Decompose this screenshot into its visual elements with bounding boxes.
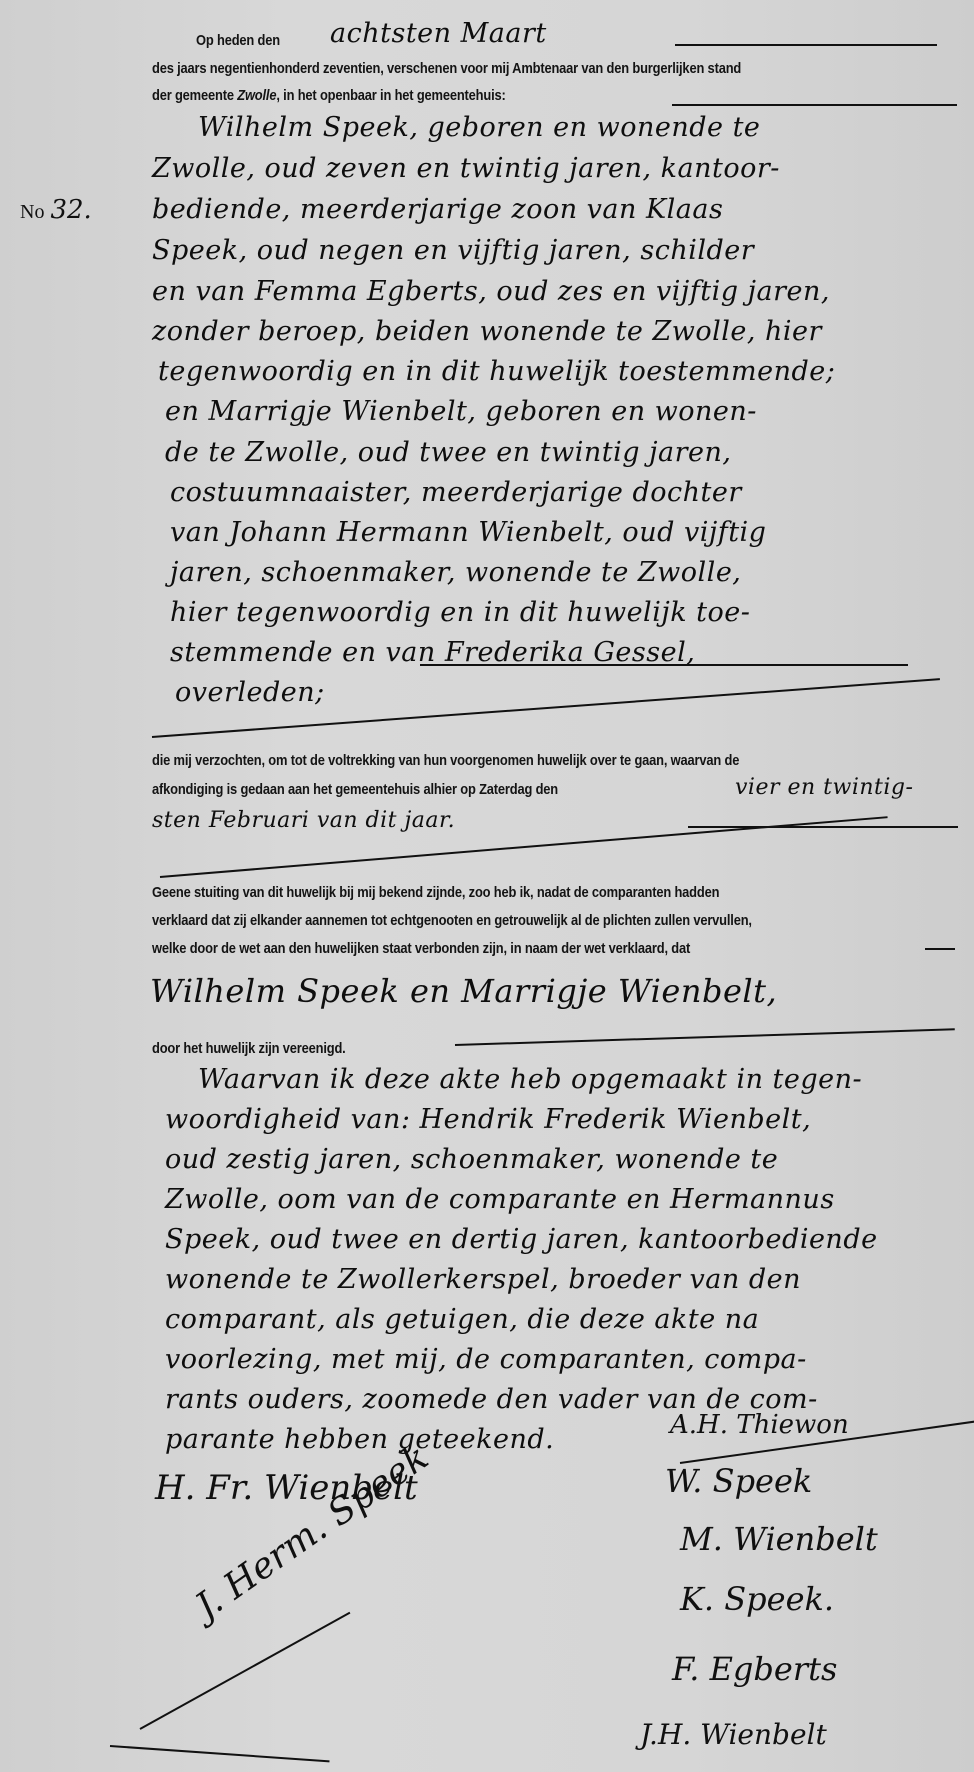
place-name: Zwolle (237, 87, 276, 104)
declaration-line-3: welke door de wet aan den huwelijken sta… (152, 940, 690, 957)
bride-line: van Johann Hermann Wienbelt, oud vijftig (170, 517, 766, 548)
fill-dash (925, 948, 955, 950)
groom-line: bediende, meerderjarige zoon van Klaas (152, 194, 723, 225)
bride-line: en Marrigje Wienbelt, geboren en wonen- (165, 396, 757, 427)
bride-line: overleden; (175, 677, 325, 708)
document-page: Op heden den achtsten Maart des jaars ne… (0, 0, 974, 1772)
declaration-line-2: verklaard dat zij elkander aannemen tot … (152, 912, 752, 929)
cancel-line (110, 1745, 330, 1762)
header-line-2: des jaars negentienhonderd zeventien, ve… (152, 60, 741, 77)
groom-line: Wilhelm Speek, geboren en wonende te (198, 112, 760, 143)
fill-line (688, 826, 958, 828)
fill-line (455, 1028, 955, 1046)
record-number: No32. (20, 195, 92, 225)
witness-line: woordigheid van: Hendrik Frederik Wienbe… (165, 1104, 811, 1135)
couple-names: Wilhelm Speek en Marrigje Wienbelt, (150, 972, 777, 1010)
bride-line: de te Zwolle, oud twee en twintig jaren, (165, 437, 731, 468)
record-number-label: No (20, 201, 44, 223)
printed-text: der gemeente (152, 87, 234, 104)
mother-signature: F. Egberts (672, 1650, 837, 1688)
bride-line: costuumnaaister, meerderjarige dochter (170, 477, 742, 508)
witness-line: wonende te Zwollerkerspel, broeder van d… (165, 1264, 801, 1295)
witness-line: voorlezing, met mij, de comparanten, com… (165, 1344, 807, 1375)
bride-father-signature: J.H. Wienbelt (640, 1718, 827, 1751)
witness-signature-left: J. Herm. Speek (188, 1437, 436, 1628)
handwritten-date-words: vier en twintig- (735, 775, 913, 800)
fill-line (672, 104, 957, 106)
printed-text: Op heden den (196, 32, 280, 49)
handwritten-date-words: sten Februari van dit jaar. (152, 808, 455, 833)
bride-line: jaren, schoenmaker, wonende te Zwolle, (170, 557, 741, 588)
witness-line: comparant, als getuigen, die deze akte n… (165, 1304, 759, 1335)
cancel-line (140, 1612, 351, 1730)
groom-line: Speek, oud negen en vijftig jaren, schil… (152, 235, 754, 266)
groom-line: zonder beroep, beiden wonende te Zwolle,… (152, 316, 822, 347)
fill-line (675, 44, 937, 46)
header-line-3: der gemeente Zwolle, in het openbaar in … (152, 87, 506, 104)
groom-signature: W. Speek (665, 1462, 812, 1500)
groom-line: en van Femma Egberts, oud zes en vijftig… (152, 276, 830, 307)
witness-line: Zwolle, oom van de comparante en Hermann… (165, 1184, 835, 1215)
witness-line: Speek, oud twee en dertig jaren, kantoor… (165, 1224, 878, 1255)
official-signature: A.H. Thiewon (670, 1410, 849, 1440)
witness-line: Waarvan ik deze akte heb opgemaakt in te… (198, 1064, 862, 1095)
father-signature: K. Speek. (680, 1580, 834, 1618)
handwritten-date: achtsten Maart (330, 18, 547, 49)
proclamation-line-2: afkondiging is gedaan aan het gemeentehu… (152, 781, 558, 798)
groom-line: tegenwoordig en in dit huwelijk toestemm… (158, 356, 835, 387)
witness-line: oud zestig jaren, schoenmaker, wonende t… (165, 1144, 778, 1175)
fill-line (420, 664, 908, 666)
printed-text: , in het openbaar in het gemeentehuis: (276, 87, 505, 104)
bride-signature: M. Wienbelt (680, 1520, 878, 1558)
declaration-line-1: Geene stuiting van dit huwelijk bij mij … (152, 884, 719, 901)
proclamation-line-1: die mij verzochten, om tot de voltrekkin… (152, 752, 739, 769)
header-line-1: Op heden den (196, 32, 280, 49)
record-number-value: 32. (50, 195, 91, 225)
declaration-line-5: door het huwelijk zijn vereenigd. (152, 1040, 346, 1057)
bride-line: hier tegenwoordig en in dit huwelijk toe… (170, 597, 750, 628)
witness-line: parante hebben geteekend. (165, 1424, 554, 1455)
groom-line: Zwolle, oud zeven en twintig jaren, kant… (152, 153, 780, 184)
